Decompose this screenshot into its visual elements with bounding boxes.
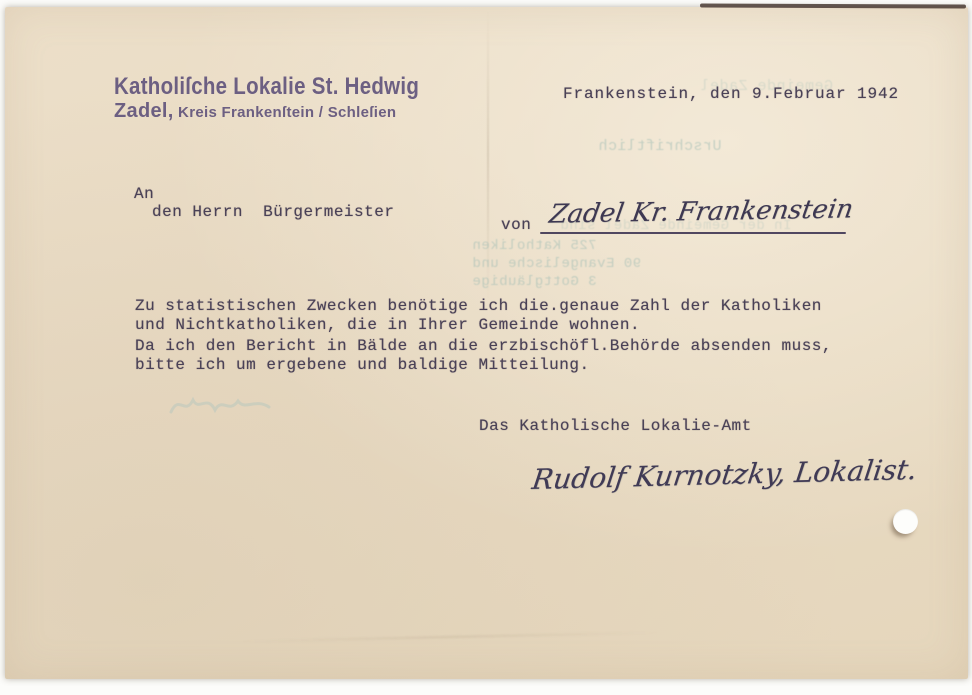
fill-in-line (540, 232, 846, 234)
letterhead-place: Zadel, (114, 100, 174, 122)
von-label: von (501, 216, 531, 234)
scanned-letter: Gemeinde Zadel Urschriftlich In der Geme… (0, 0, 972, 695)
body-line: Da ich den Bericht in Bälde an die erzbi… (135, 337, 832, 355)
bleedthrough-text: 90 Evangelische und (472, 256, 641, 272)
bleedthrough-text: 725 Katholiken (472, 238, 597, 254)
closing-line: Das Katholische Lokalie-Amt (479, 417, 752, 435)
body-line: bitte ich um ergebene und baldige Mittei… (135, 356, 590, 374)
letterhead-district: Kreis Frankenſtein / Schleſien (174, 104, 397, 121)
body-line: Zu statistischen Zwecken benötige ich di… (135, 297, 822, 315)
letterhead-line1: Katholiſche Lokalie St. Hedwig (114, 72, 419, 101)
letterhead-line2: Zadel, Kreis Frankenſtein / Schleſien (114, 100, 396, 123)
dateline: Frankenstein, den 9.Februar 1942 (563, 85, 899, 103)
recipient-an: An (134, 185, 154, 203)
recipient-line: den Herrn Bürgermeister (152, 203, 394, 221)
punch-hole (893, 509, 918, 534)
bleedthrough-text: 3 Gottgläubige (472, 274, 597, 290)
bleedthrough-text: Urschriftlich (598, 138, 722, 155)
body-line: und Nichtkatholiken, die in Ihrer Gemein… (135, 316, 640, 334)
handwritten-origin: Zadel Kr. Frankenstein (547, 194, 855, 229)
bleedthrough-signature-squiggle (165, 384, 280, 422)
